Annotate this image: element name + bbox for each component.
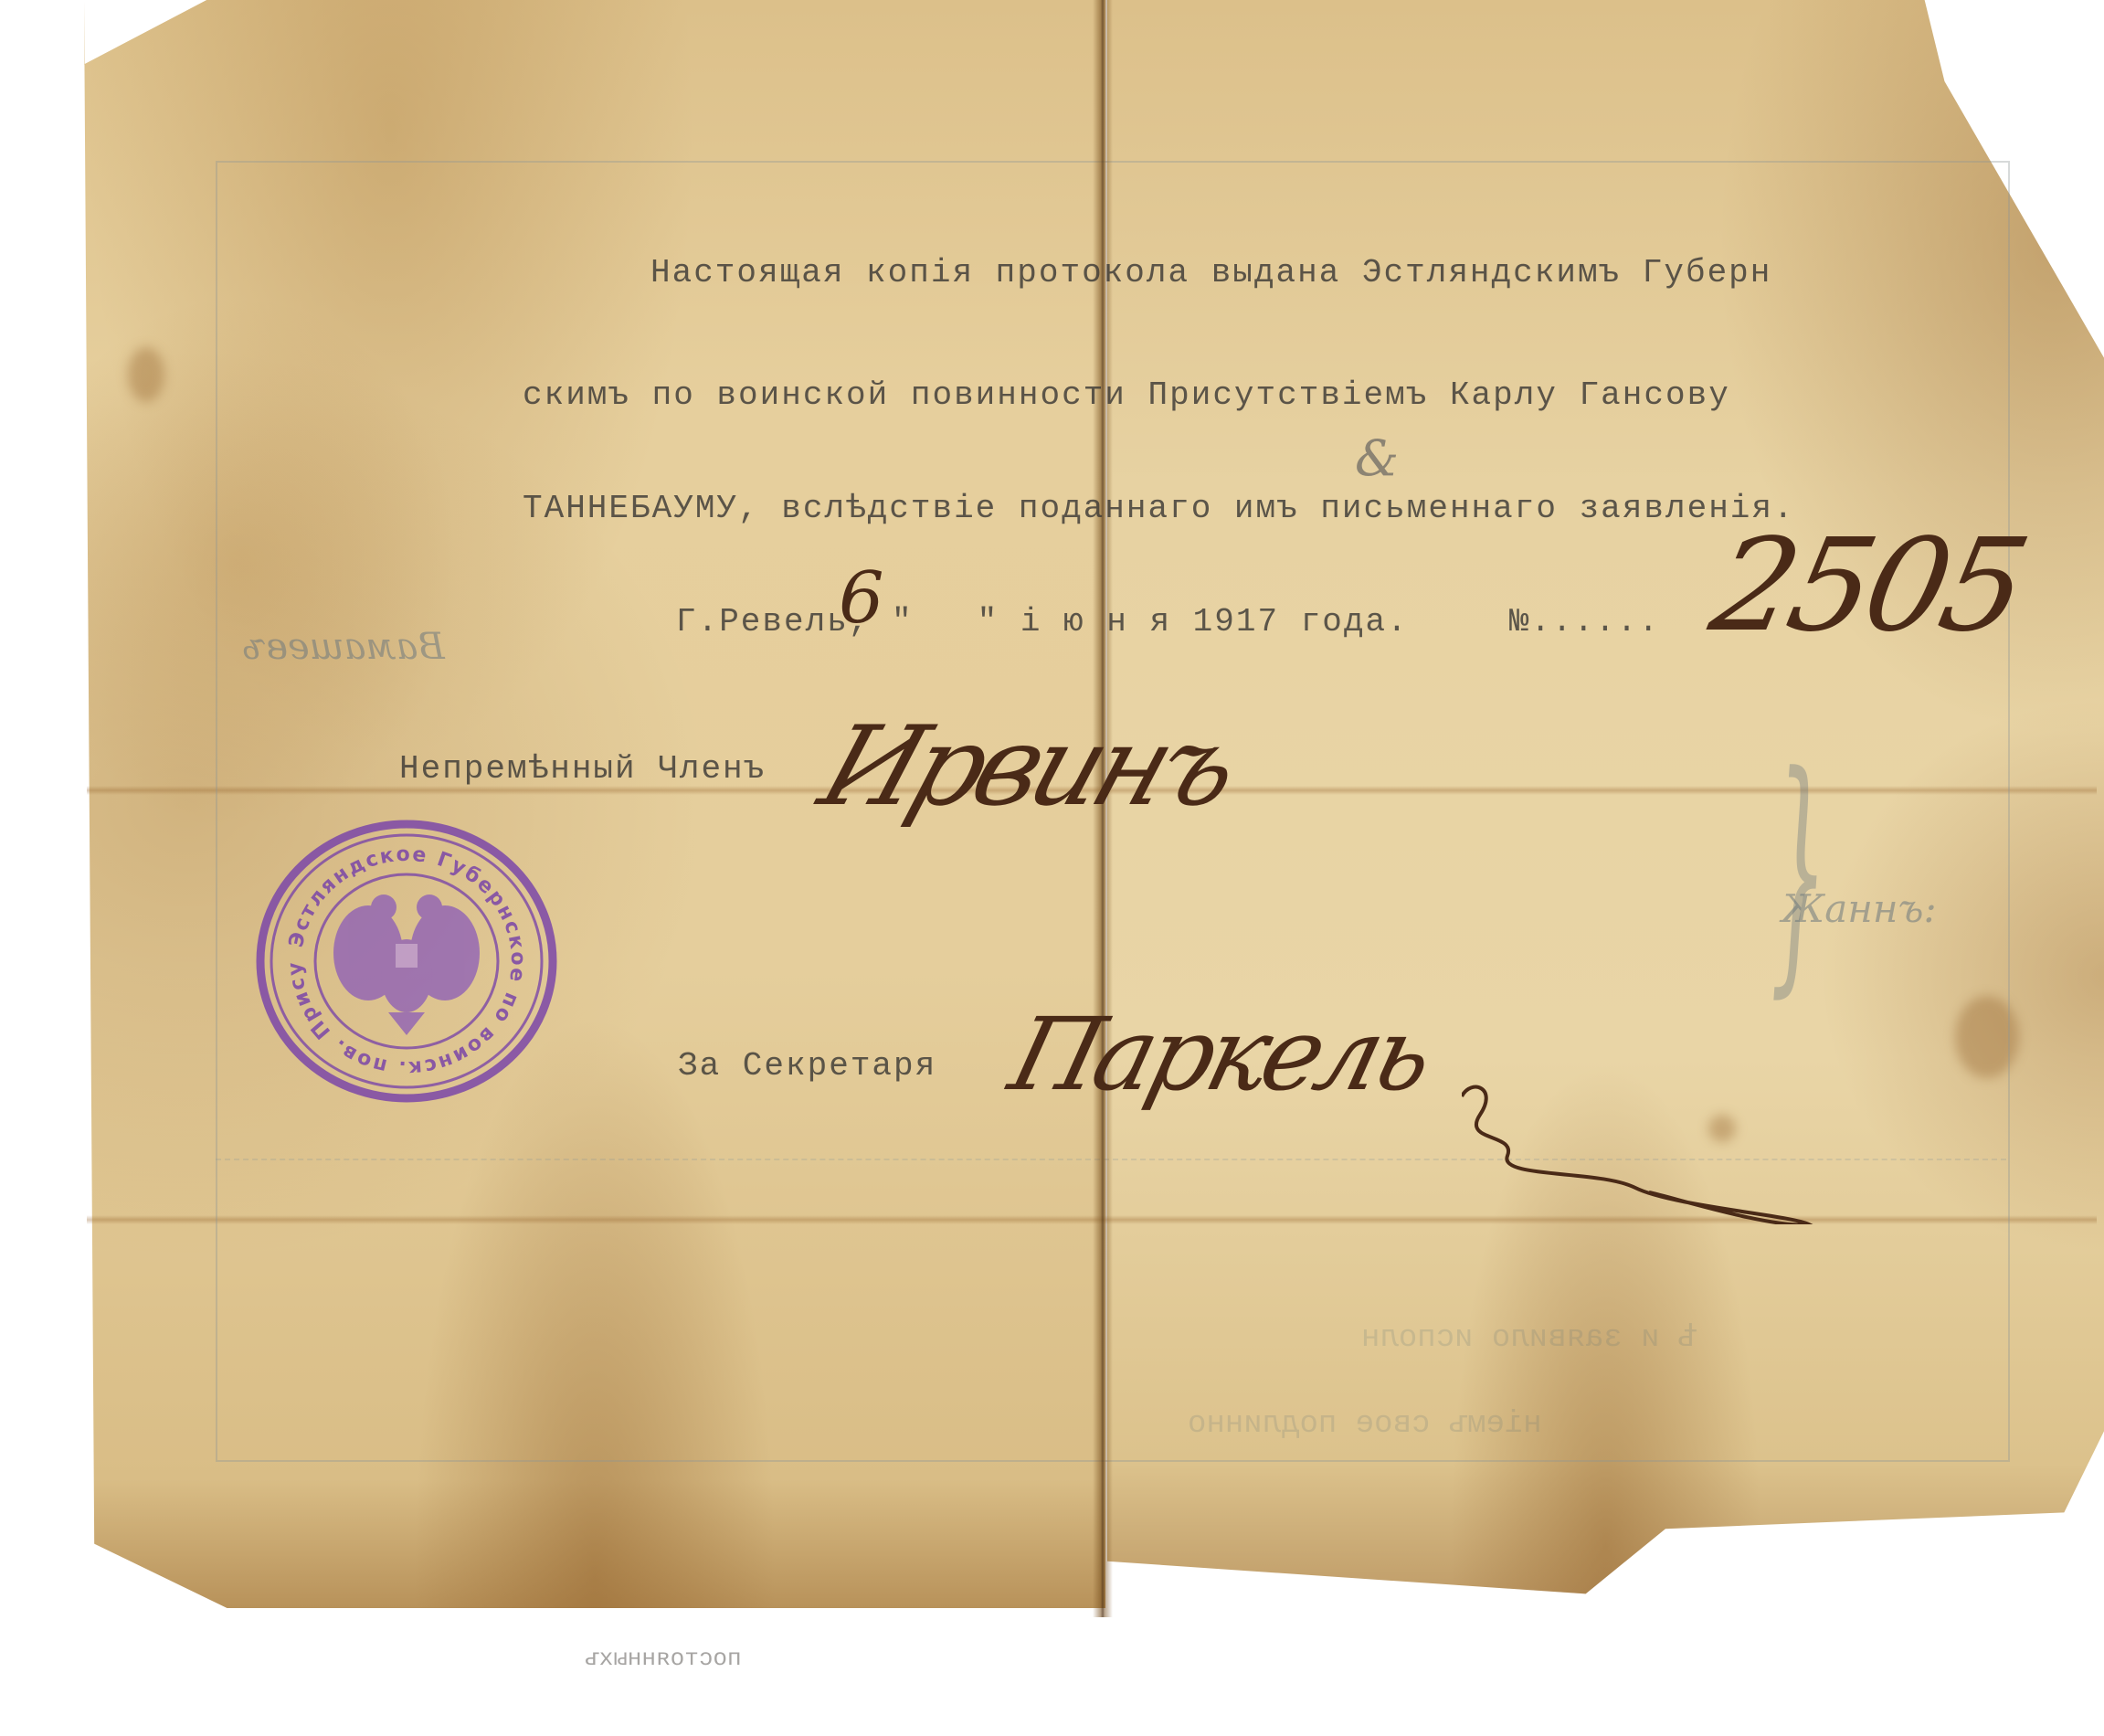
show-through-bottom: постоянныхъ [585, 1645, 742, 1672]
number-label: №...... [1509, 603, 1660, 640]
secretary-label: За Секретаря [678, 1047, 936, 1085]
member-signature: Ирвинъ [806, 704, 1249, 831]
show-through-text: ніемъ свое подлинно [1188, 1407, 1542, 1442]
show-through-text: ѣ и заявило исполн [1361, 1321, 1697, 1356]
handwritten-document-number: 2505 [1700, 512, 2035, 661]
body-line-3: ТАННЕБАУМУ, вслѣдствіе поданнаго имъ пис… [523, 490, 1795, 527]
pencil-brace: } [1771, 722, 1827, 1020]
handwritten-day: 6 [839, 557, 884, 640]
body-line-1: Настоящая копія протокола выдана Эстлянд… [650, 254, 1771, 291]
insertion-mark: & [1355, 429, 1399, 487]
stain [128, 347, 164, 402]
scanned-document: Настоящая копія протокола выдана Эстлянд… [0, 0, 2104, 1736]
date-line: Г.Ревель, "" і ю н я 1917 года.№...... [676, 603, 1660, 640]
secretary-signature: Паркель [999, 996, 1441, 1113]
double-headed-eagle-icon [333, 894, 480, 1035]
official-stamp: Эстляндское Губернское по воинск. пов. П… [251, 816, 562, 1106]
pencil-note-mirrored: Вамашевъ [242, 626, 445, 668]
member-label: Непремѣнный Членъ [399, 750, 766, 788]
pencil-note: Жаннъ: [1782, 886, 1937, 931]
date-rest: " і ю н я 1917 года. [978, 603, 1409, 640]
stamp-seal-icon: Эстляндское Губернское по воинск. пов. П… [251, 816, 562, 1106]
signature-flourish [1462, 1078, 1845, 1224]
body-line-2: скимъ по воинской повинности Присутствіе… [523, 376, 1730, 414]
